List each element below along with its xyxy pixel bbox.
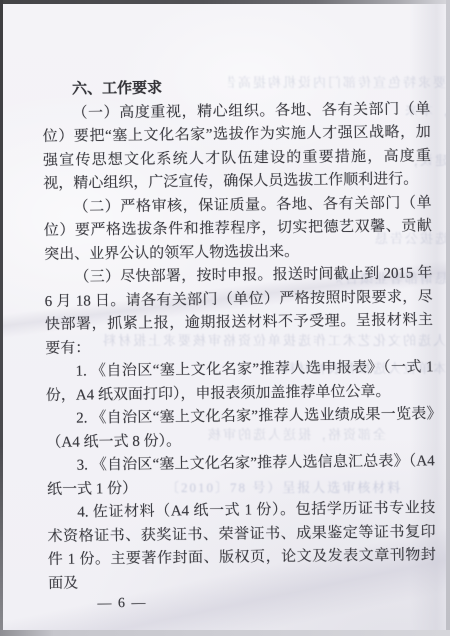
scan-edge-right	[446, 0, 450, 636]
document-body: 六、工作要求 （一）高度重视，精心组织。各地、各有关部门（单位）要把“塞上文化名…	[42, 74, 437, 616]
body-paragraph: （二）严格审核，保证质量。各地、各有关部门（单位）要严格选拔条件和推荐程序，切实…	[43, 192, 432, 267]
body-paragraph: （一）高度重视，精心组织。各地、各有关部门（单位）要把“塞上文化名家”选拔作为实…	[42, 98, 431, 197]
body-paragraph: （三）尽快部署，按时申报。报送时间截止到 2015 年 6 月 18 日。请各有…	[44, 262, 433, 361]
scan-edge-top	[0, 0, 450, 4]
list-item-paragraph: 4. 佐证材料（A4 纸一式 1 份）。包括学历证书专业技术资格证书、获奖证书、…	[47, 497, 436, 596]
list-item-paragraph: 1. 《自治区“塞上文化名家”推荐人选申报表》（一式 1 份，A4 纸双面打印）…	[45, 356, 434, 408]
list-item-paragraph: 2. 《自治区“塞上文化名家”推荐人选业绩成果一览表》（A4 纸一式 8 份）。	[46, 403, 435, 455]
scanned-document-page: 要求特色宣传部门内设机构提高告等要求，来 ，本来 建议， 选拔公告恳 恳请部署业…	[0, 0, 450, 636]
page-number: — 6 —	[48, 588, 436, 616]
scan-edge-bottom	[0, 630, 450, 636]
list-item-paragraph: 3. 《自治区“塞上文化名家”推荐人选信息汇总表》（A4 纸一式 1 份）	[47, 450, 436, 502]
scan-edge-left	[0, 0, 3, 636]
